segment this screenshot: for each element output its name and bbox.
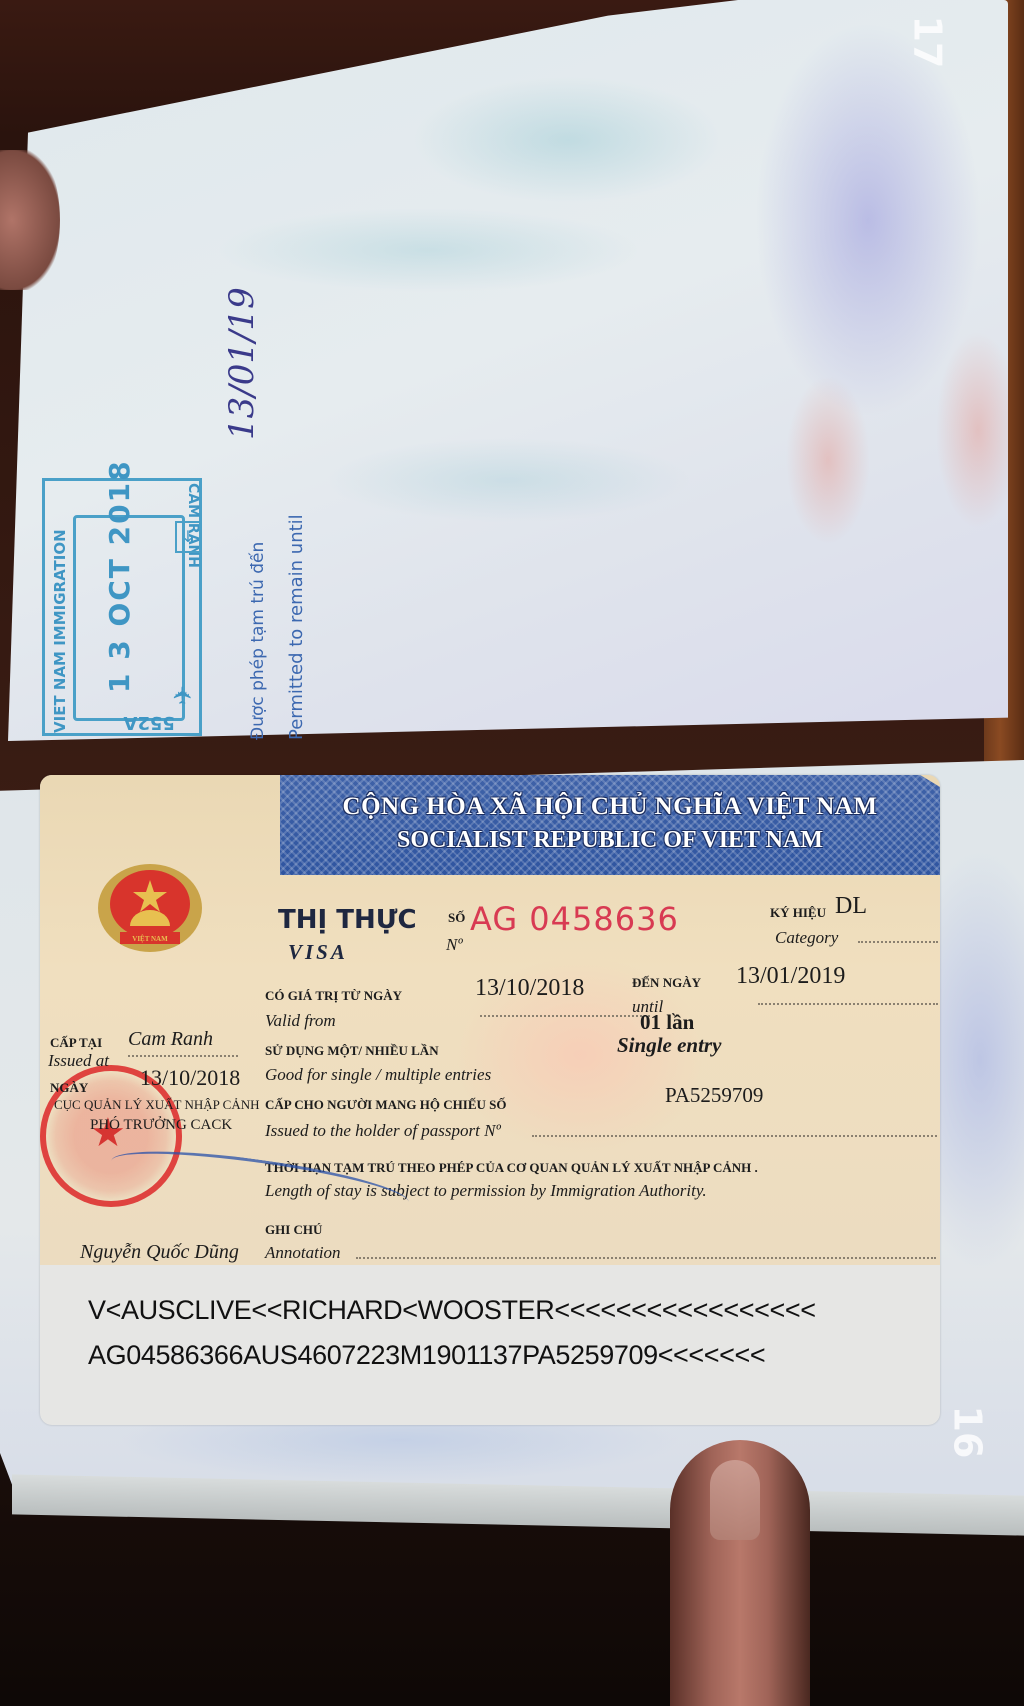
passport-number: PA5259709: [665, 1083, 763, 1108]
stamp-agency: VIET NAM IMMIGRATION: [51, 529, 69, 733]
visa-title-vn: THỊ THỰC: [278, 905, 417, 935]
valid-from-date: 13/10/2018: [475, 975, 584, 1002]
until-label-vn: ĐẾN NGÀY: [632, 975, 701, 991]
thumb: [0, 150, 60, 290]
issued-at-value: Cam Ranh: [128, 1028, 213, 1051]
visa-category: DL: [835, 893, 867, 920]
header-en: SOCIALIST REPUBLIC OF VIET NAM: [280, 827, 940, 854]
category-label-en: Category: [775, 928, 838, 948]
visa-header-banner: CỘNG HÒA XÃ HỘI CHỦ NGHĨA VIỆT NAM SOCIA…: [280, 775, 940, 875]
date-label-vn: NGÀY: [50, 1080, 88, 1096]
visa-sticker: CỘNG HÒA XÃ HỘI CHỦ NGHĨA VIỆT NAM SOCIA…: [40, 775, 940, 1425]
passport-label-vn: CẤP CHO NGƯỜI MANG HỘ CHIẾU SỐ: [265, 1097, 506, 1113]
dotted-line: [532, 1135, 937, 1137]
finger: [670, 1440, 810, 1706]
stay-permit-handwritten-date: 13/01/19: [222, 287, 262, 440]
passport-label-en: Issued to the holder of passport Nº: [265, 1121, 501, 1141]
until-date: 13/01/2019: [736, 963, 845, 990]
entries-value: Single entry: [617, 1033, 721, 1058]
page-number-bottom: 16: [946, 1406, 990, 1459]
valid-from-label-vn: CÓ GIÁ TRỊ TỪ NGÀY: [265, 988, 402, 1004]
entries-count: 01 lần: [640, 1010, 694, 1035]
number-label-vn: SỐ: [448, 910, 465, 926]
issued-at-label-vn: CẤP TẠI: [50, 1035, 102, 1051]
visa-number: AG 0458636: [470, 900, 679, 938]
national-emblem-icon: VIỆT NAM: [90, 860, 210, 960]
mrz-line-1: V<AUSCLIVE<<RICHARD<WOOSTER<<<<<<<<<<<<<…: [88, 1295, 816, 1326]
entries-label-vn: SỬ DỤNG MỘT/ NHIỀU LẦN: [265, 1043, 439, 1059]
valid-from-label-en: Valid from: [265, 1011, 336, 1031]
dotted-line: [858, 941, 938, 943]
page-number-top: 17: [906, 16, 950, 69]
issued-at-label-en: Issued at: [48, 1051, 109, 1071]
officer-title: PHÓ TRƯỞNG CACK: [90, 1117, 232, 1134]
issuing-authority: CỤC QUẢN LÝ XUẤT NHẬP CẢNH: [54, 1097, 259, 1113]
mrz-line-2: AG04586366AUS4607223M1901137PA5259709<<<…: [88, 1340, 765, 1371]
stamp-date: 1 3 OCT 2018: [103, 459, 136, 693]
stay-permit-label-en: Permitted to remain until: [286, 514, 307, 740]
annotation-label-vn: GHI CHÚ: [265, 1222, 322, 1238]
dotted-line: [480, 1015, 650, 1017]
category-label-vn: KÝ HIỆU: [770, 905, 826, 921]
stay-permit-label-vn: Được phép tạm trú đến: [248, 542, 268, 740]
entry-stamp: VIET NAM IMMIGRATION CAM RANH 1 3 OCT 20…: [42, 478, 202, 736]
header-vn: CỘNG HÒA XÃ HỘI CHỦ NGHĨA VIỆT NAM: [280, 793, 940, 821]
visa-title-en: VISA: [288, 940, 348, 965]
arrow-in-icon: ↓: [175, 521, 201, 553]
fingernail: [710, 1460, 760, 1540]
svg-text:VIỆT NAM: VIỆT NAM: [132, 935, 168, 943]
dotted-line: [128, 1055, 238, 1057]
annotation-label-en: Annotation: [265, 1243, 341, 1263]
officer-name: Nguyễn Quốc Dũng: [80, 1241, 239, 1264]
dotted-line: [356, 1257, 936, 1259]
airplane-icon: ✈: [169, 685, 197, 705]
number-label-en: Nº: [446, 935, 463, 955]
dotted-line: [758, 1003, 938, 1005]
stamp-code: 552A: [123, 712, 175, 733]
issue-date: 13/10/2018: [140, 1065, 240, 1091]
entries-label-en: Good for single / multiple entries: [265, 1065, 491, 1085]
